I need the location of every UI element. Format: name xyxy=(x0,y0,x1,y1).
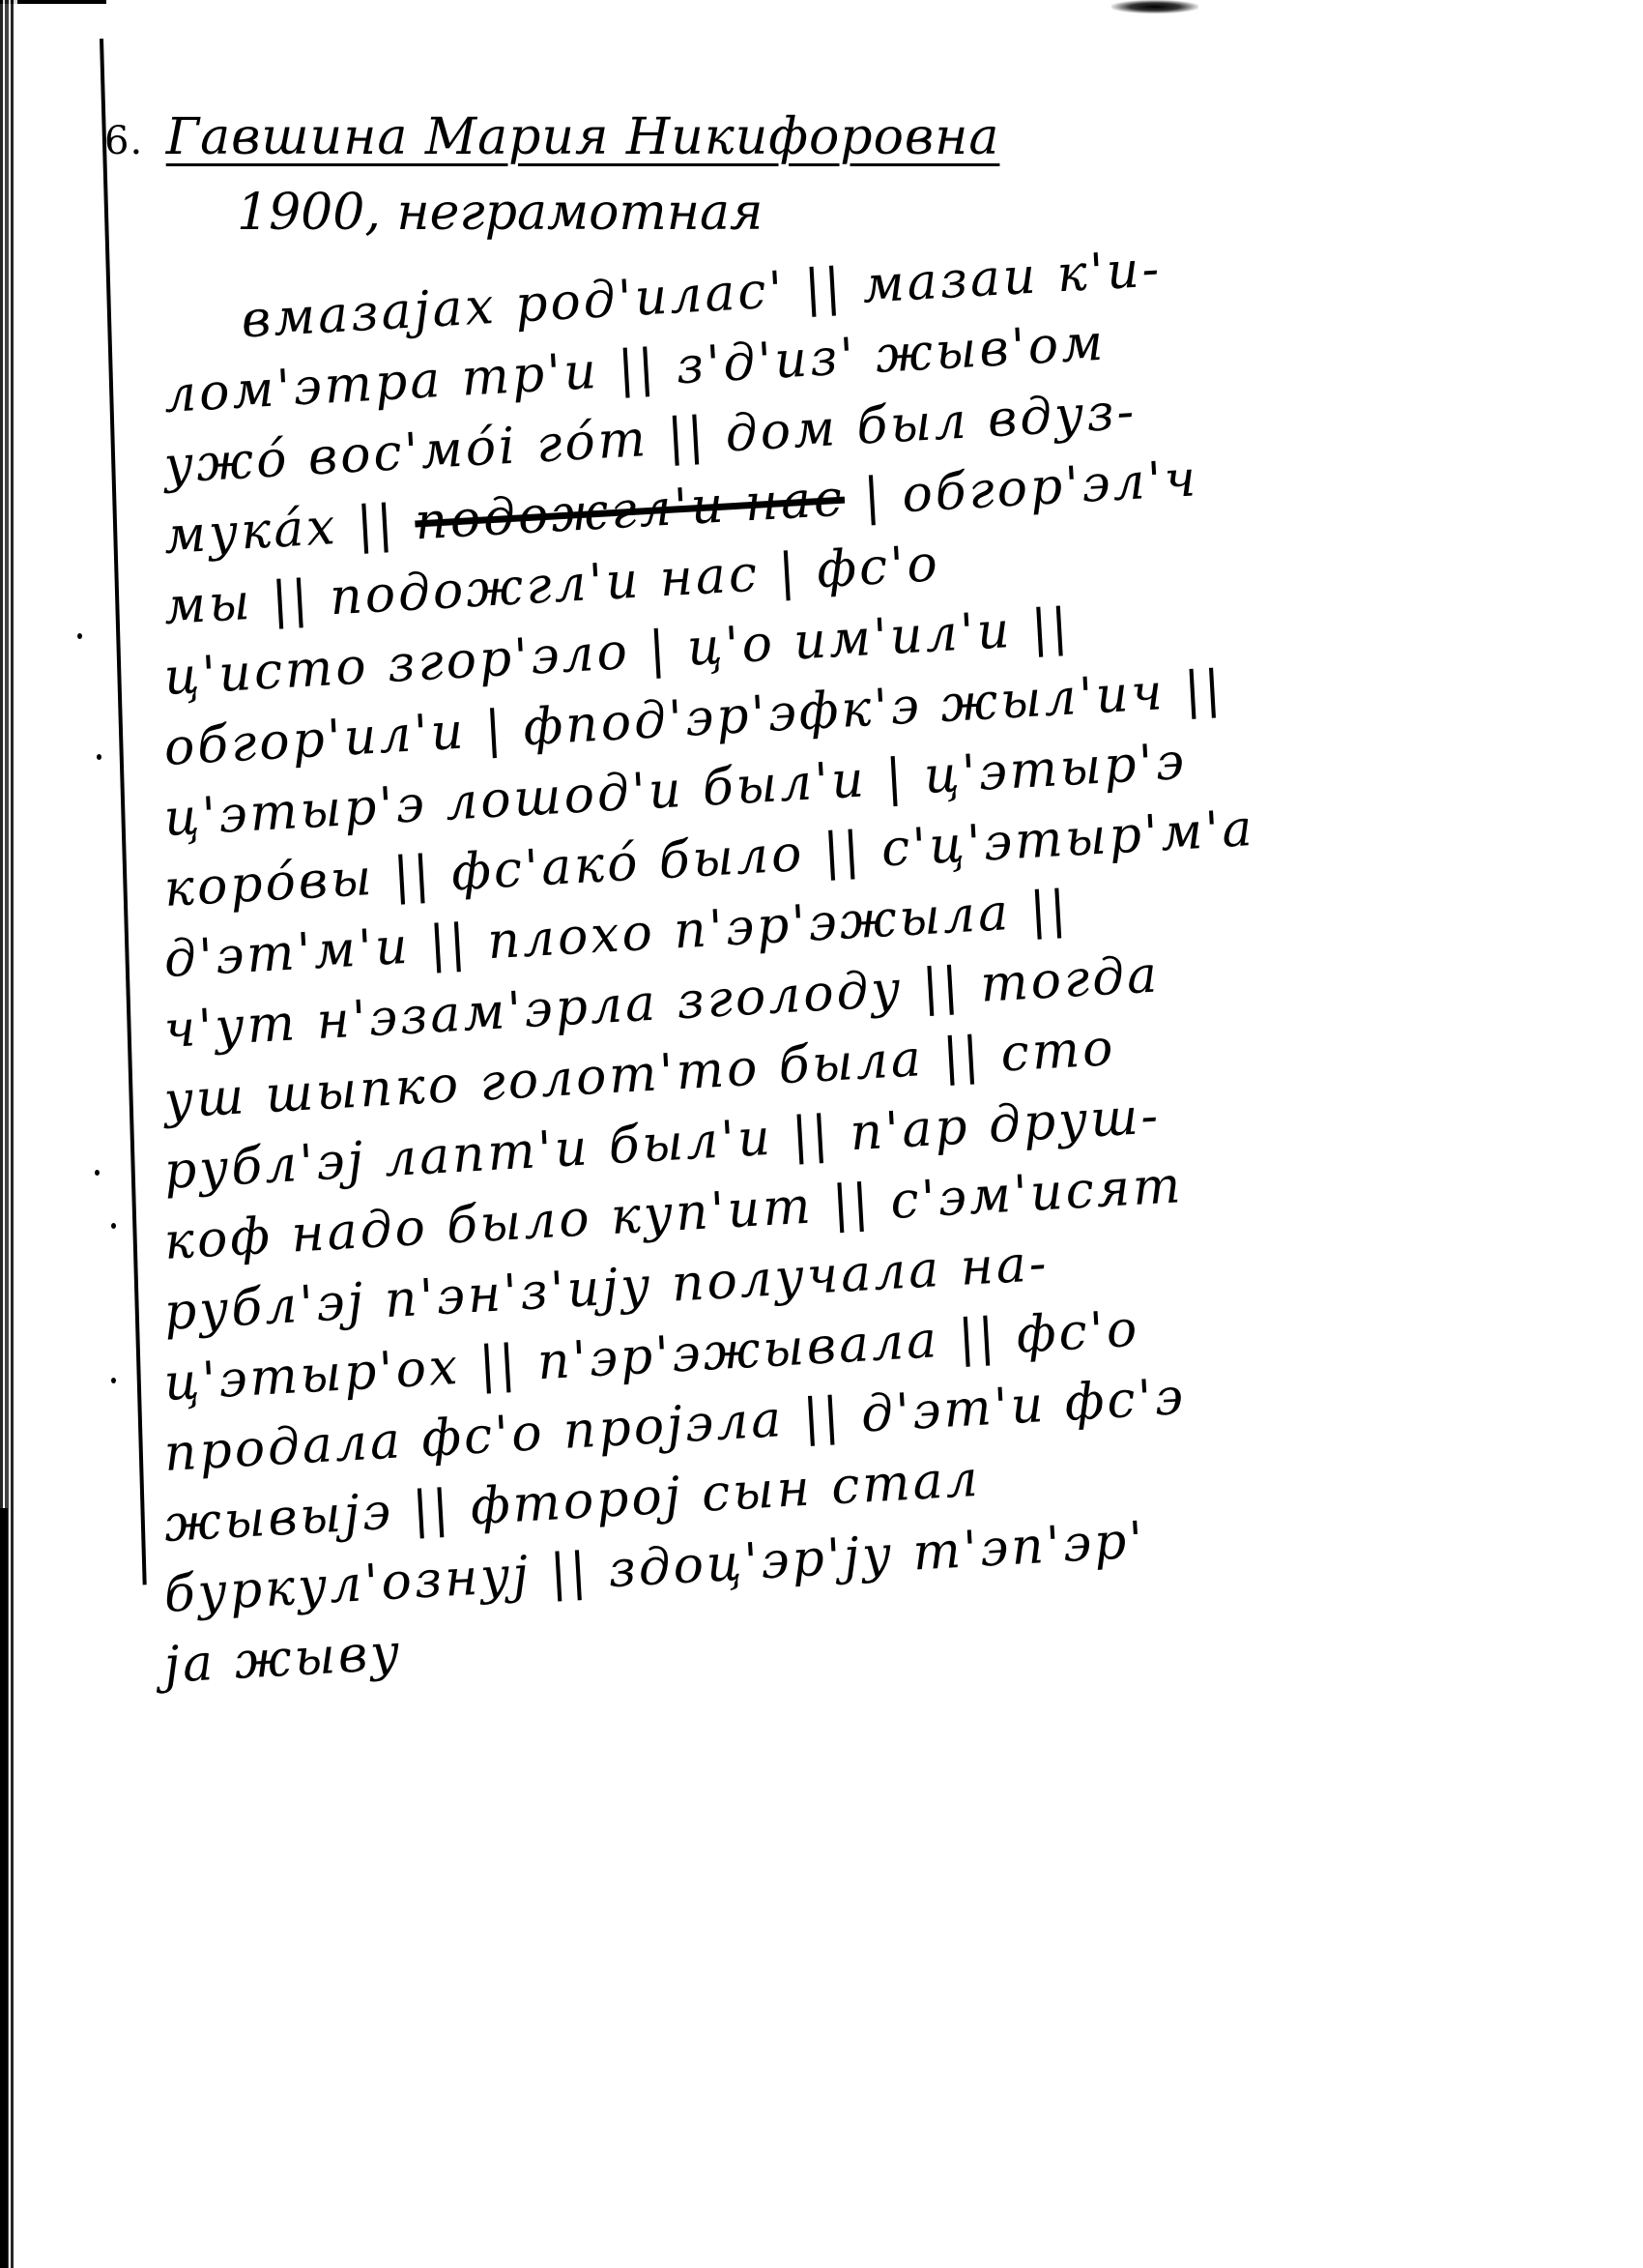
margin-dot xyxy=(77,633,82,639)
informant-name: Гавшина Мария Никифоровна xyxy=(166,108,1000,166)
scan-binding-shadow-lower xyxy=(0,1508,8,2268)
entry-number: 6. xyxy=(104,119,143,163)
text-fragment: мукáх || xyxy=(162,495,397,566)
margin-dot xyxy=(97,754,101,760)
manuscript-page: 6. Гавшина Мария Никифоровна 1900, негра… xyxy=(0,0,1643,2268)
margin-line xyxy=(100,39,147,1585)
margin-dot xyxy=(111,1223,116,1229)
transcription-body: вмазајах род'илас' || мазаи к'и- лом'этр… xyxy=(164,290,1266,1701)
informant-info: 1900, неграмотная xyxy=(237,184,763,242)
text-fragment: | обгор'эл'ч xyxy=(862,450,1200,526)
margin-dot xyxy=(111,1378,116,1383)
margin-dot xyxy=(95,1170,100,1176)
scan-smudge xyxy=(1111,0,1198,14)
informant-heading: 6. Гавшина Мария Никифоровна xyxy=(104,108,999,166)
